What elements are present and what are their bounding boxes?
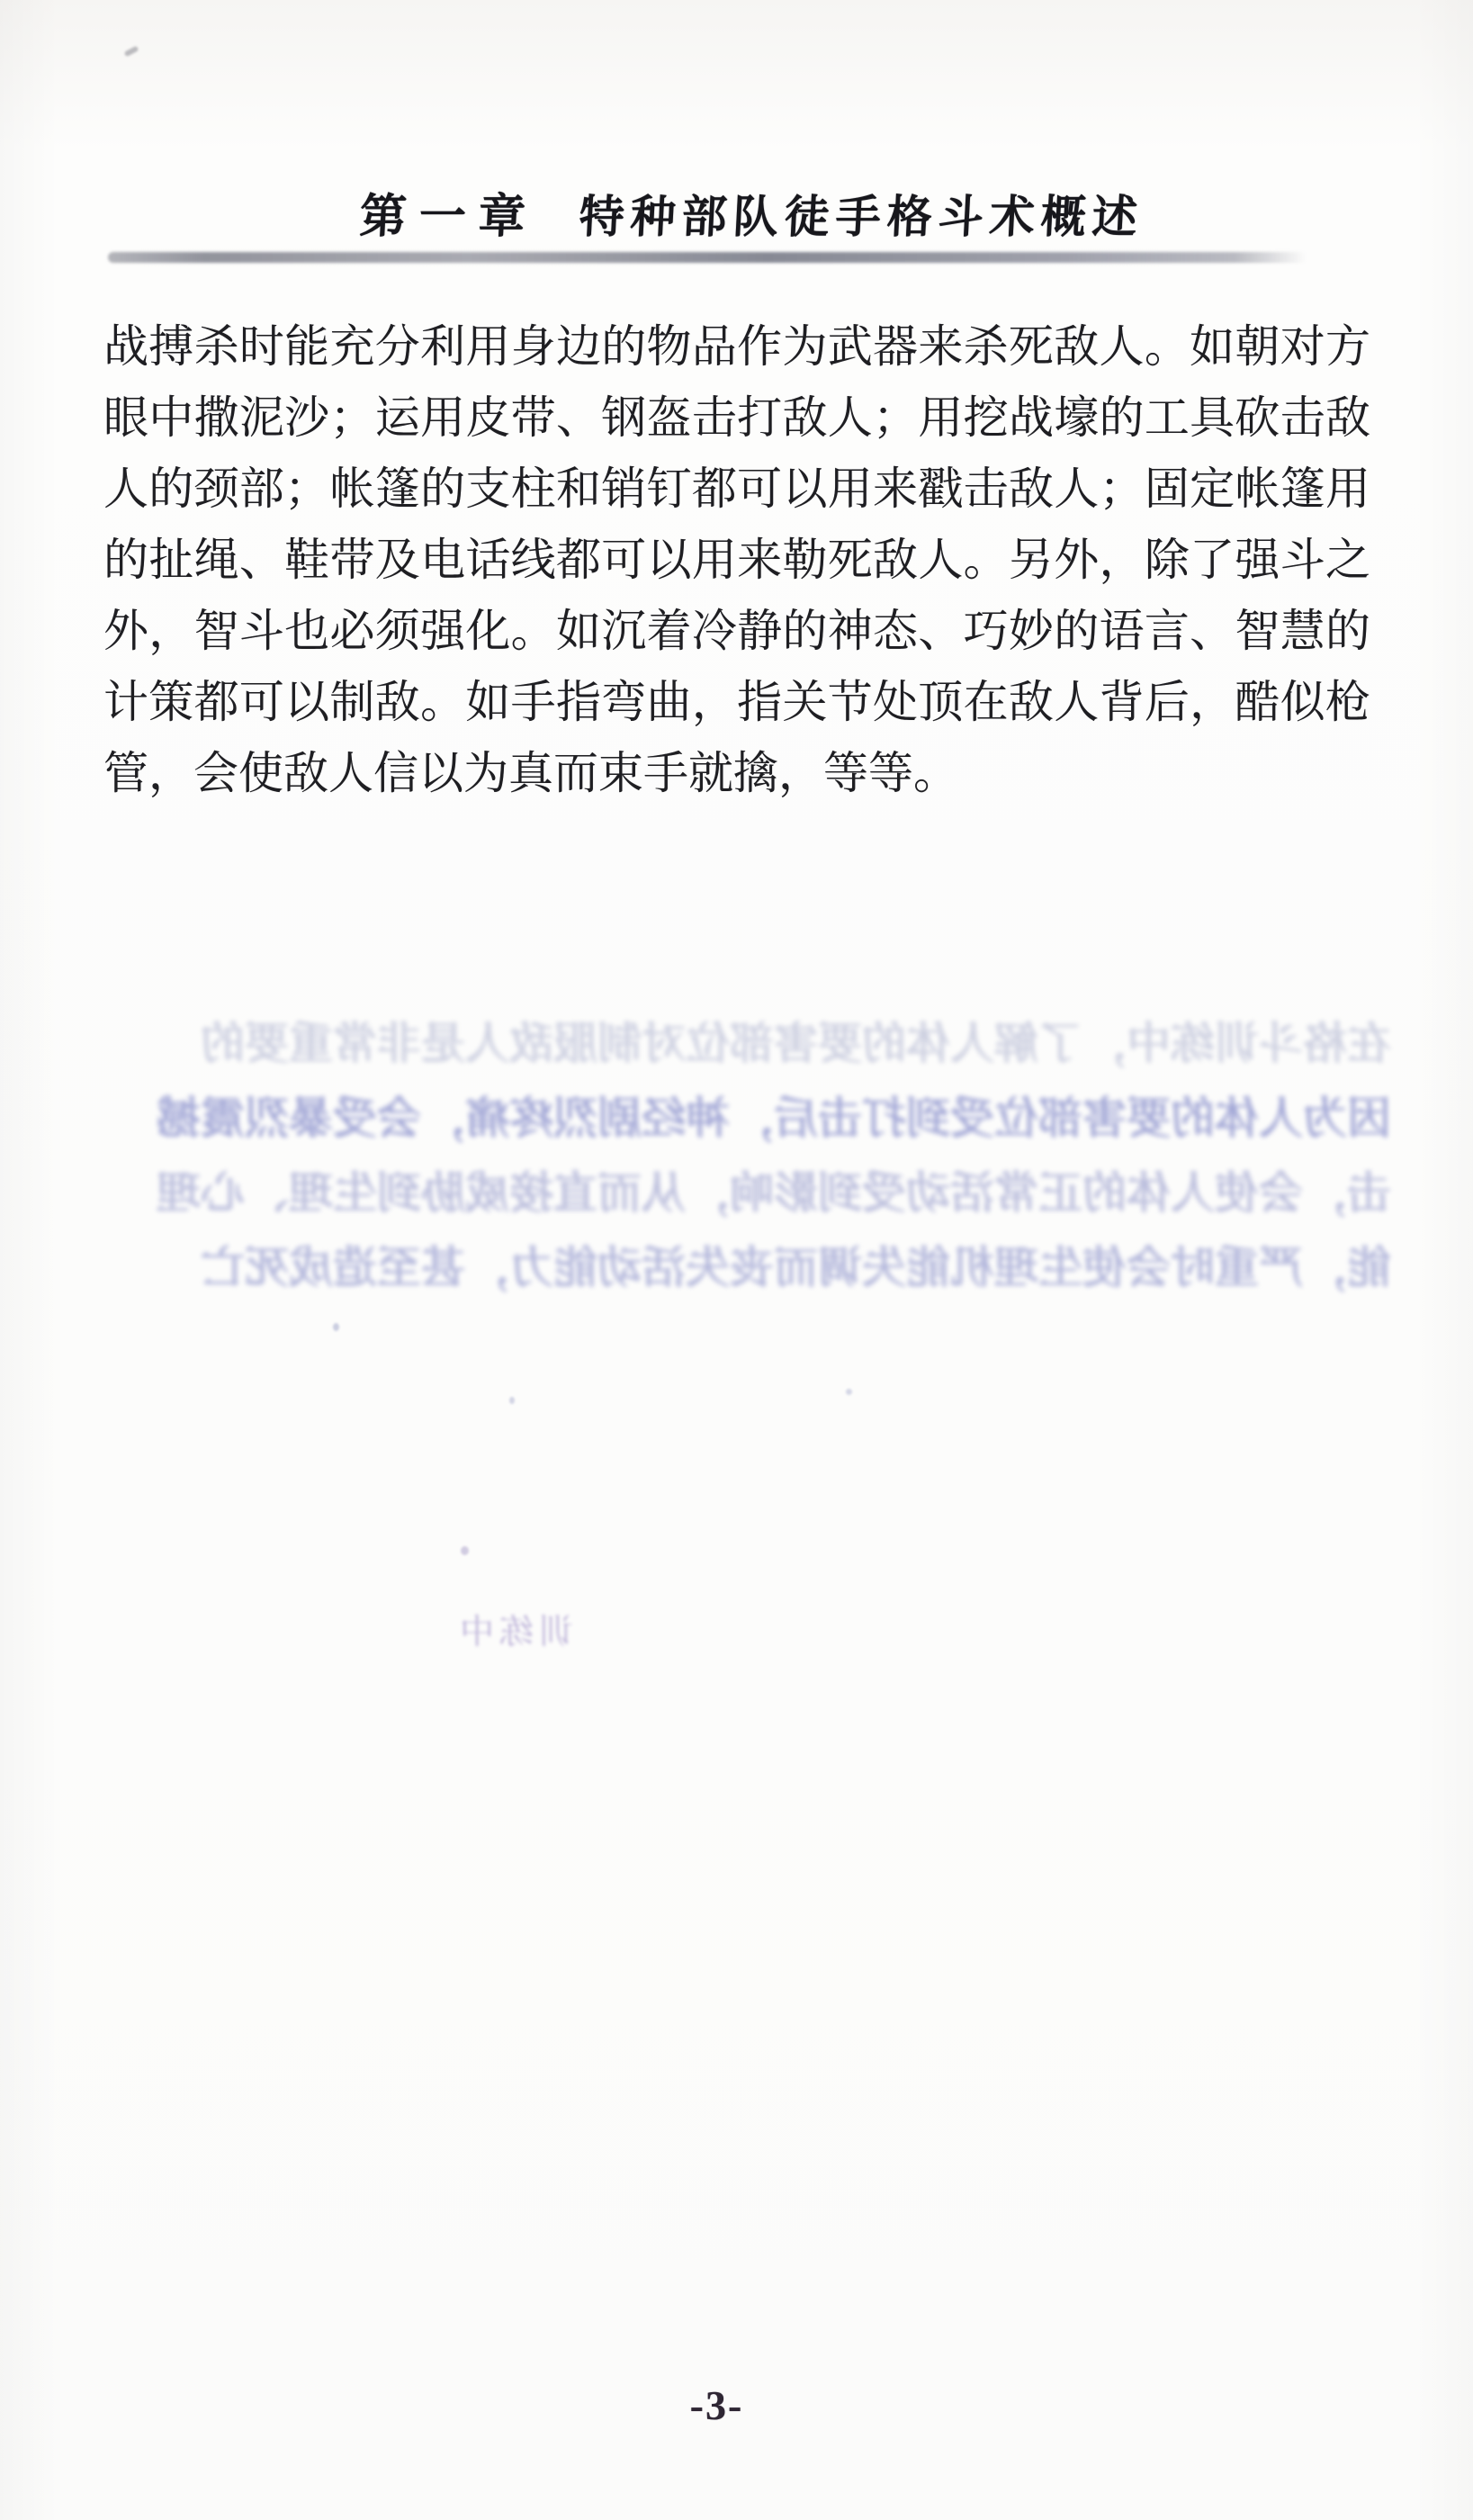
body-text-line: 人的颈部；帐篷的支柱和销钉都可以用来戳击敌人；固定帐篷用 (103, 454, 1370, 525)
scan-speck (846, 1389, 852, 1395)
scan-speck (124, 46, 139, 58)
ink-bleedthrough-block: 在格斗训练中，了解人体的要害部位对制服敌人是非常重要的 因为人体的要害部位受到打… (70, 1006, 1391, 1305)
bleedthrough-line: 因为人体的要害部位受到打击后，神经剧烈疼痛，会受暴烈震撼 (70, 1081, 1391, 1156)
scan-speck (509, 1397, 515, 1404)
body-text-line: 外，智斗也必须强化。如沉着冷静的神态、巧妙的语言、智慧的 (103, 596, 1370, 667)
page-number: -3- (0, 2381, 1433, 2429)
bleedthrough-line: 在格斗训练中，了解人体的要害部位对制服敌人是非常重要的 (70, 1006, 1391, 1081)
chapter-heading: 第一章特种部队徒手格斗术概述 (358, 178, 1145, 246)
scan-speck (333, 1323, 339, 1331)
body-text-line: 管，会使敌人信以为真而束手就擒，等等。 (103, 738, 1370, 809)
bleedthrough-line: 能，严重时会使生理机能失调而丧失活动能力，甚至造成死亡 (70, 1230, 1391, 1305)
scanned-book-page: 第一章特种部队徒手格斗术概述 战搏杀时能充分利用身边的物品作为武器来杀死敌人。如… (0, 0, 1473, 2520)
chapter-title: 特种部队徒手格斗术概述 (578, 192, 1145, 242)
body-paragraph: 战搏杀时能充分利用身边的物品作为武器来杀死敌人。如朝对方 眼中撒泥沙；运用皮带、… (103, 311, 1370, 809)
bleedthrough-small-mark: 训练中 (454, 1604, 573, 1653)
scan-speck (461, 1546, 469, 1555)
body-text-line: 计策都可以制敌。如手指弯曲，指关节处顶在敌人背后，酷似枪 (103, 667, 1370, 738)
bleedthrough-line: 击，会使人体的正常活动受到影响，从而直接威胁到生理、心理 (70, 1156, 1391, 1230)
body-text-line: 的扯绳、鞋带及电话线都可以用来勒死敌人。另外，除了强斗之 (103, 525, 1370, 596)
chapter-number: 第一章 (358, 192, 539, 243)
body-text-line: 眼中撒泥沙；运用皮带、钢盔击打敌人；用挖战壕的工具砍击敌 (103, 382, 1370, 454)
header-divider-rule (108, 252, 1307, 263)
body-text-line: 战搏杀时能充分利用身边的物品作为武器来杀死敌人。如朝对方 (103, 311, 1370, 382)
